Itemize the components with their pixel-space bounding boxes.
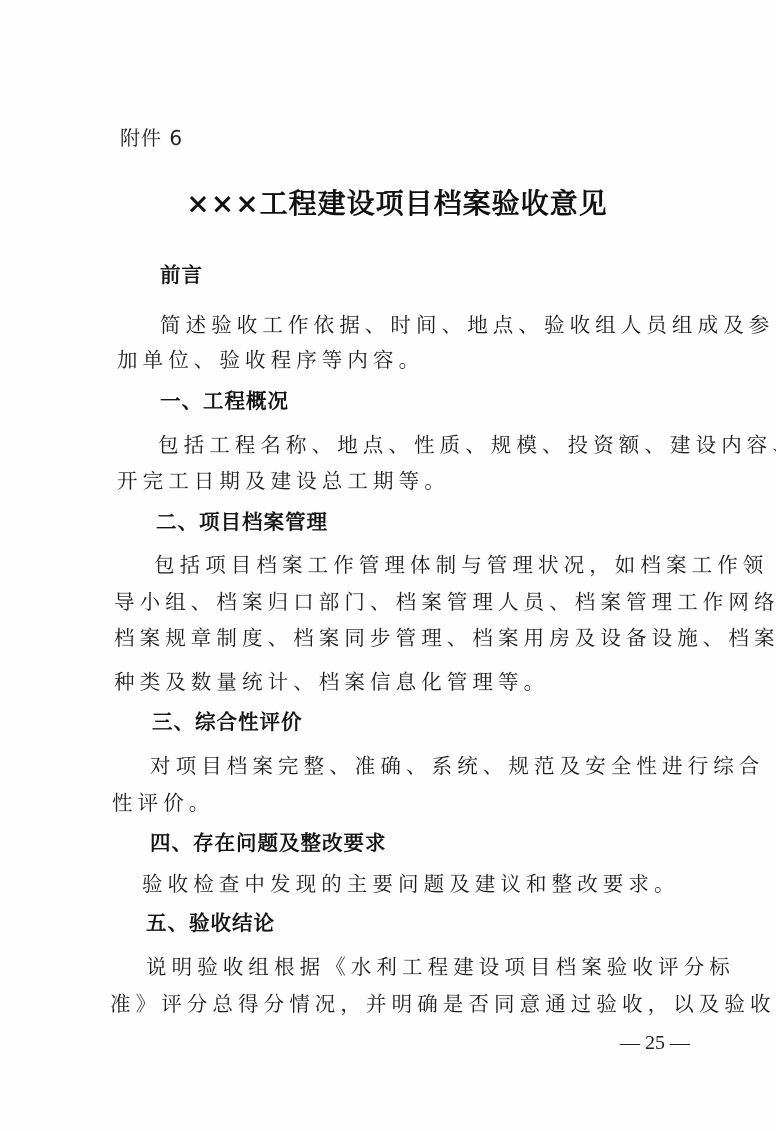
paragraph-line: 包括项目档案工作管理体制与管理状况，如档案工作领 <box>154 548 768 578</box>
paragraph-line: 说明验收组根据《水利工程建设项目档案验收评分标 <box>146 950 735 980</box>
paragraph-line: 种类及数量统计、档案信息化管理等。 <box>114 665 549 695</box>
paragraph-line: 验收检查中发现的主要问题及建议和整改要求。 <box>142 867 680 897</box>
paragraph-line: 准》评分总得分情况，并明确是否同意通过验收，以及验收 <box>110 987 776 1017</box>
paragraph-line: 导小组、档案归口部门、档案管理人员、档案管理工作网络、 <box>114 585 776 615</box>
paragraph-line: 简述验收工作依据、时间、地点、验收组人员组成及参 <box>160 308 774 338</box>
document-title: ×××工程建设项目档案验收意见 <box>0 182 776 222</box>
paragraph-line: 性评价。 <box>112 786 214 816</box>
page-number: — 25 — <box>620 1032 690 1055</box>
section-heading-project-overview: 一、工程概况 <box>160 384 289 414</box>
attachment-label: 附件 6 <box>120 122 183 151</box>
section-heading-preface: 前言 <box>160 258 203 288</box>
section-heading-comprehensive-evaluation: 三、综合性评价 <box>152 705 303 735</box>
section-heading-archive-management: 二、项目档案管理 <box>156 505 328 535</box>
paragraph-line: 对项目档案完整、准确、系统、规范及安全性进行综合 <box>150 749 764 779</box>
paragraph-line: 包括工程名称、地点、性质、规模、投资额、建设内容、 <box>158 428 776 458</box>
section-heading-acceptance-conclusion: 五、验收结论 <box>146 906 275 936</box>
paragraph-line: 档案规章制度、档案同步管理、档案用房及设备设施、档案 <box>114 621 776 651</box>
section-heading-issues-and-rectification: 四、存在问题及整改要求 <box>150 826 387 856</box>
paragraph-line: 开完工日期及建设总工期等。 <box>117 464 450 494</box>
document-page: 附件 6 ×××工程建设项目档案验收意见 前言 简述验收工作依据、时间、地点、验… <box>0 0 776 1131</box>
paragraph-line: 加单位、验收程序等内容。 <box>117 343 424 373</box>
